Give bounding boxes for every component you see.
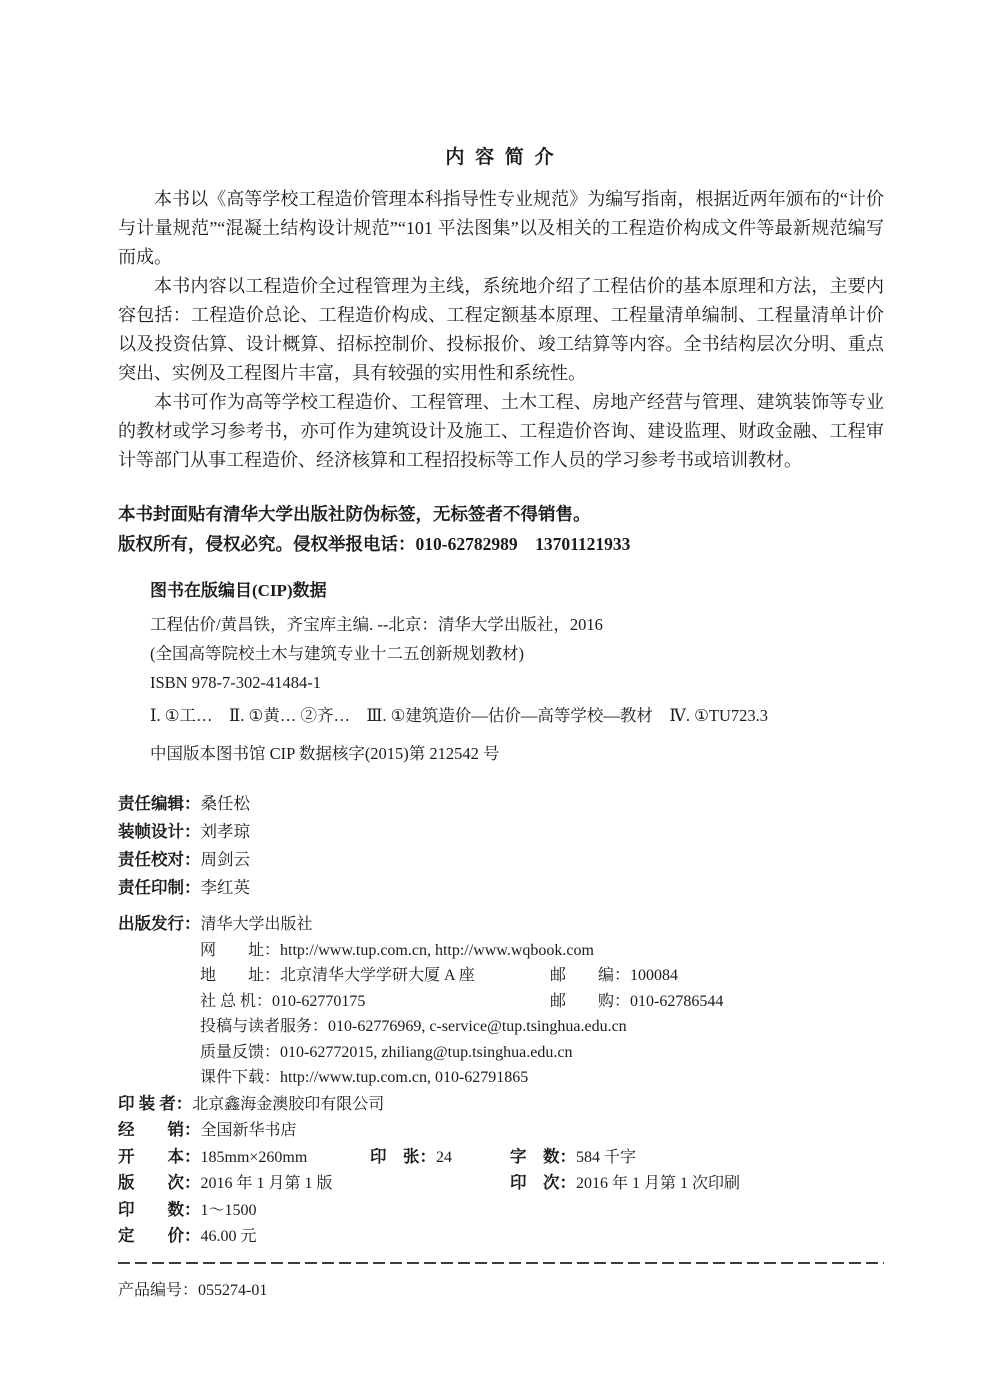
printer-row: 印 装 者：北京鑫海金澳胶印有限公司 [118, 1091, 884, 1118]
field-label: 印 次： [510, 1173, 576, 1192]
page-content: 内 容 简 介 本书以《高等学校工程造价管理本科指导性专业规范》为编写指南，根据… [118, 0, 884, 1300]
field-label: 开 本： [118, 1147, 201, 1166]
staff-row: 责任印制：李红英 [118, 874, 884, 902]
staff-row: 责任校对：周剑云 [118, 846, 884, 874]
field-label: 投稿与读者服务： [200, 1018, 328, 1035]
field-label: 印 装 者： [118, 1094, 192, 1113]
mailorder-phone: 010-62786544 [630, 993, 723, 1010]
staff-name: 桑任松 [201, 794, 251, 813]
staff-name: 李红英 [201, 878, 251, 897]
staff-label: 装帧设计： [118, 822, 201, 841]
field-label: 质量反馈： [200, 1044, 280, 1061]
print-run-value: 1～1500 [201, 1202, 257, 1219]
report-hotline-line: 版权所有，侵权必究。侵权举报电话：010-62782989 1370112193… [118, 529, 884, 559]
field-label: 邮 购： [550, 993, 630, 1010]
cip-registry-number: 中国版本图书馆 CIP 数据核字(2015)第 212542 号 [150, 740, 884, 764]
publisher-name: 清华大学出版社 [201, 916, 313, 933]
staff-name: 刘孝琼 [201, 822, 251, 841]
pub-quality-feedback-row: 质量反馈：010-62772015, zhiliang@tup.tsinghua… [200, 1040, 884, 1066]
intro-paragraph: 本书以《高等学校工程造价管理本科指导性专业规范》为编写指南，根据近两年颁布的“计… [118, 185, 884, 272]
field-label: 印 张： [370, 1147, 436, 1166]
publishing-info: 出版发行：清华大学出版社 网 址：http://www.tup.com.cn, … [118, 911, 884, 1091]
field-label: 经 销： [118, 1120, 201, 1139]
printer-name: 北京鑫海金澳胶印有限公司 [192, 1096, 384, 1113]
field-label: 出版发行： [118, 914, 201, 933]
field-label: 网 址： [200, 942, 280, 959]
postcode-value: 100084 [630, 967, 678, 984]
mailorder-field: 邮 购：010-62786544 [550, 989, 723, 1015]
cip-section: 图书在版编目(CIP)数据 工程估价/黄昌铁，齐宝库主编. --北京：清华大学出… [150, 576, 884, 764]
book-format: 185mm×260mm [201, 1149, 308, 1166]
isbn-line: ISBN 978-7-302-41484-1 [150, 668, 884, 697]
colophon: 印 装 者：北京鑫海金澳胶印有限公司 经 销：全国新华书店 开 本：185mm×… [118, 1091, 884, 1250]
content-summary-title: 内 容 简 介 [118, 142, 884, 169]
product-code-row: 产品编号：055274-01 [118, 1277, 884, 1300]
staff-label: 责任校对： [118, 850, 201, 869]
product-code-value: 055274-01 [198, 1282, 267, 1299]
field-label: 版 次： [118, 1173, 201, 1192]
distributor-row: 经 销：全国新华书店 [118, 1117, 884, 1144]
cip-records: 工程估价/黄昌铁，齐宝库主编. --北京：清华大学出版社，2016 (全国高等院… [150, 610, 884, 697]
sheets-value: 24 [436, 1149, 452, 1166]
cip-series-line: (全国高等院校土木与建筑专业十二五创新规划教材) [150, 639, 884, 668]
staff-row: 责任编辑：桑任松 [118, 790, 884, 818]
website-url: http://www.tup.com.cn, http://www.wqbook… [280, 942, 594, 959]
impression-value: 2016 年 1 月第 1 次印刷 [576, 1175, 740, 1192]
copyright-page: 内 容 简 介 本书以《高等学校工程造价管理本科指导性专业规范》为编写指南，根据… [0, 0, 1000, 1392]
address-value: 北京清华大学学研大厦 A 座 [280, 967, 475, 984]
price-value: 46.00 元 [201, 1228, 257, 1245]
staff-label: 责任印制： [118, 878, 201, 897]
pub-switchboard-row: 社 总 机：010-62770175 邮 购：010-62786544 [200, 989, 884, 1015]
edition-value: 2016 年 1 月第 1 版 [201, 1175, 333, 1192]
edition-row: 版 次：2016 年 1 月第 1 版 印 次：2016 年 1 月第 1 次印… [118, 1170, 884, 1197]
dashed-divider [118, 1262, 884, 1264]
format-row: 开 本：185mm×260mm 印 张：24 字 数：584 千字 [118, 1144, 884, 1171]
impression-field: 印 次：2016 年 1 月第 1 次印刷 [510, 1170, 740, 1197]
staff-label: 责任编辑： [118, 794, 201, 813]
pub-address-row: 地 址：北京清华大学学研大厦 A 座 邮 编：100084 [200, 963, 884, 989]
print-run-row: 印 数：1～1500 [118, 1197, 884, 1224]
pub-reader-service-row: 投稿与读者服务：010-62776969, c-service@tup.tsin… [200, 1014, 884, 1040]
distributor-name: 全国新华书店 [201, 1122, 297, 1139]
field-label: 课件下载： [200, 1069, 280, 1086]
quality-feedback-contact: 010-62772015, zhiliang@tup.tsinghua.edu.… [280, 1044, 572, 1061]
pub-courseware-row: 课件下载：http://www.tup.com.cn, 010-62791865 [200, 1065, 884, 1091]
sheets-field: 印 张：24 [370, 1144, 452, 1171]
intro-paragraph: 本书可作为高等学校工程造价、工程管理、土木工程、房地产经营与管理、建筑装饰等专业… [118, 388, 884, 475]
price-row: 定 价：46.00 元 [118, 1223, 884, 1250]
field-label: 产品编号： [118, 1282, 198, 1299]
postcode-field: 邮 编：100084 [550, 963, 678, 989]
switchboard-phone: 010-62770175 [272, 993, 365, 1010]
staff-credits: 责任编辑：桑任松 装帧设计：刘孝琼 责任校对：周剑云 责任印制：李红英 [118, 790, 884, 902]
field-label: 印 数： [118, 1200, 201, 1219]
field-label: 定 价： [118, 1226, 201, 1245]
cip-classification: Ⅰ. ①工… Ⅱ. ①黄… ②齐… Ⅲ. ①建筑造价—估价—高等学校—教材 Ⅳ.… [150, 702, 884, 726]
field-label: 邮 编： [550, 967, 630, 984]
publisher-row: 出版发行：清华大学出版社 [118, 911, 884, 938]
wordcount-field: 字 数：584 千字 [510, 1144, 636, 1171]
courseware-download: http://www.tup.com.cn, 010-62791865 [280, 1069, 528, 1086]
intro-paragraph: 本书内容以工程造价全过程管理为主线，系统地介绍了工程估价的基本原理和方法，主要内… [118, 272, 884, 388]
cip-heading: 图书在版编目(CIP)数据 [150, 576, 884, 601]
reader-service-contact: 010-62776969, c-service@tup.tsinghua.edu… [328, 1018, 627, 1035]
pub-website-row: 网 址：http://www.tup.com.cn, http://www.wq… [200, 938, 884, 964]
copyright-notice: 本书封面贴有清华大学出版社防伪标签，无标签者不得销售。 版权所有，侵权必究。侵权… [118, 499, 884, 559]
wordcount-value: 584 千字 [576, 1149, 636, 1166]
field-label: 字 数： [510, 1147, 576, 1166]
staff-name: 周剑云 [201, 850, 251, 869]
cip-record-line: 工程估价/黄昌铁，齐宝库主编. --北京：清华大学出版社，2016 [150, 610, 884, 639]
field-label: 社 总 机： [200, 993, 272, 1010]
content-summary: 本书以《高等学校工程造价管理本科指导性专业规范》为编写指南，根据近两年颁布的“计… [118, 185, 884, 475]
field-label: 地 址： [200, 967, 280, 984]
anti-piracy-line: 本书封面贴有清华大学出版社防伪标签，无标签者不得销售。 [118, 499, 884, 529]
staff-row: 装帧设计：刘孝琼 [118, 818, 884, 846]
